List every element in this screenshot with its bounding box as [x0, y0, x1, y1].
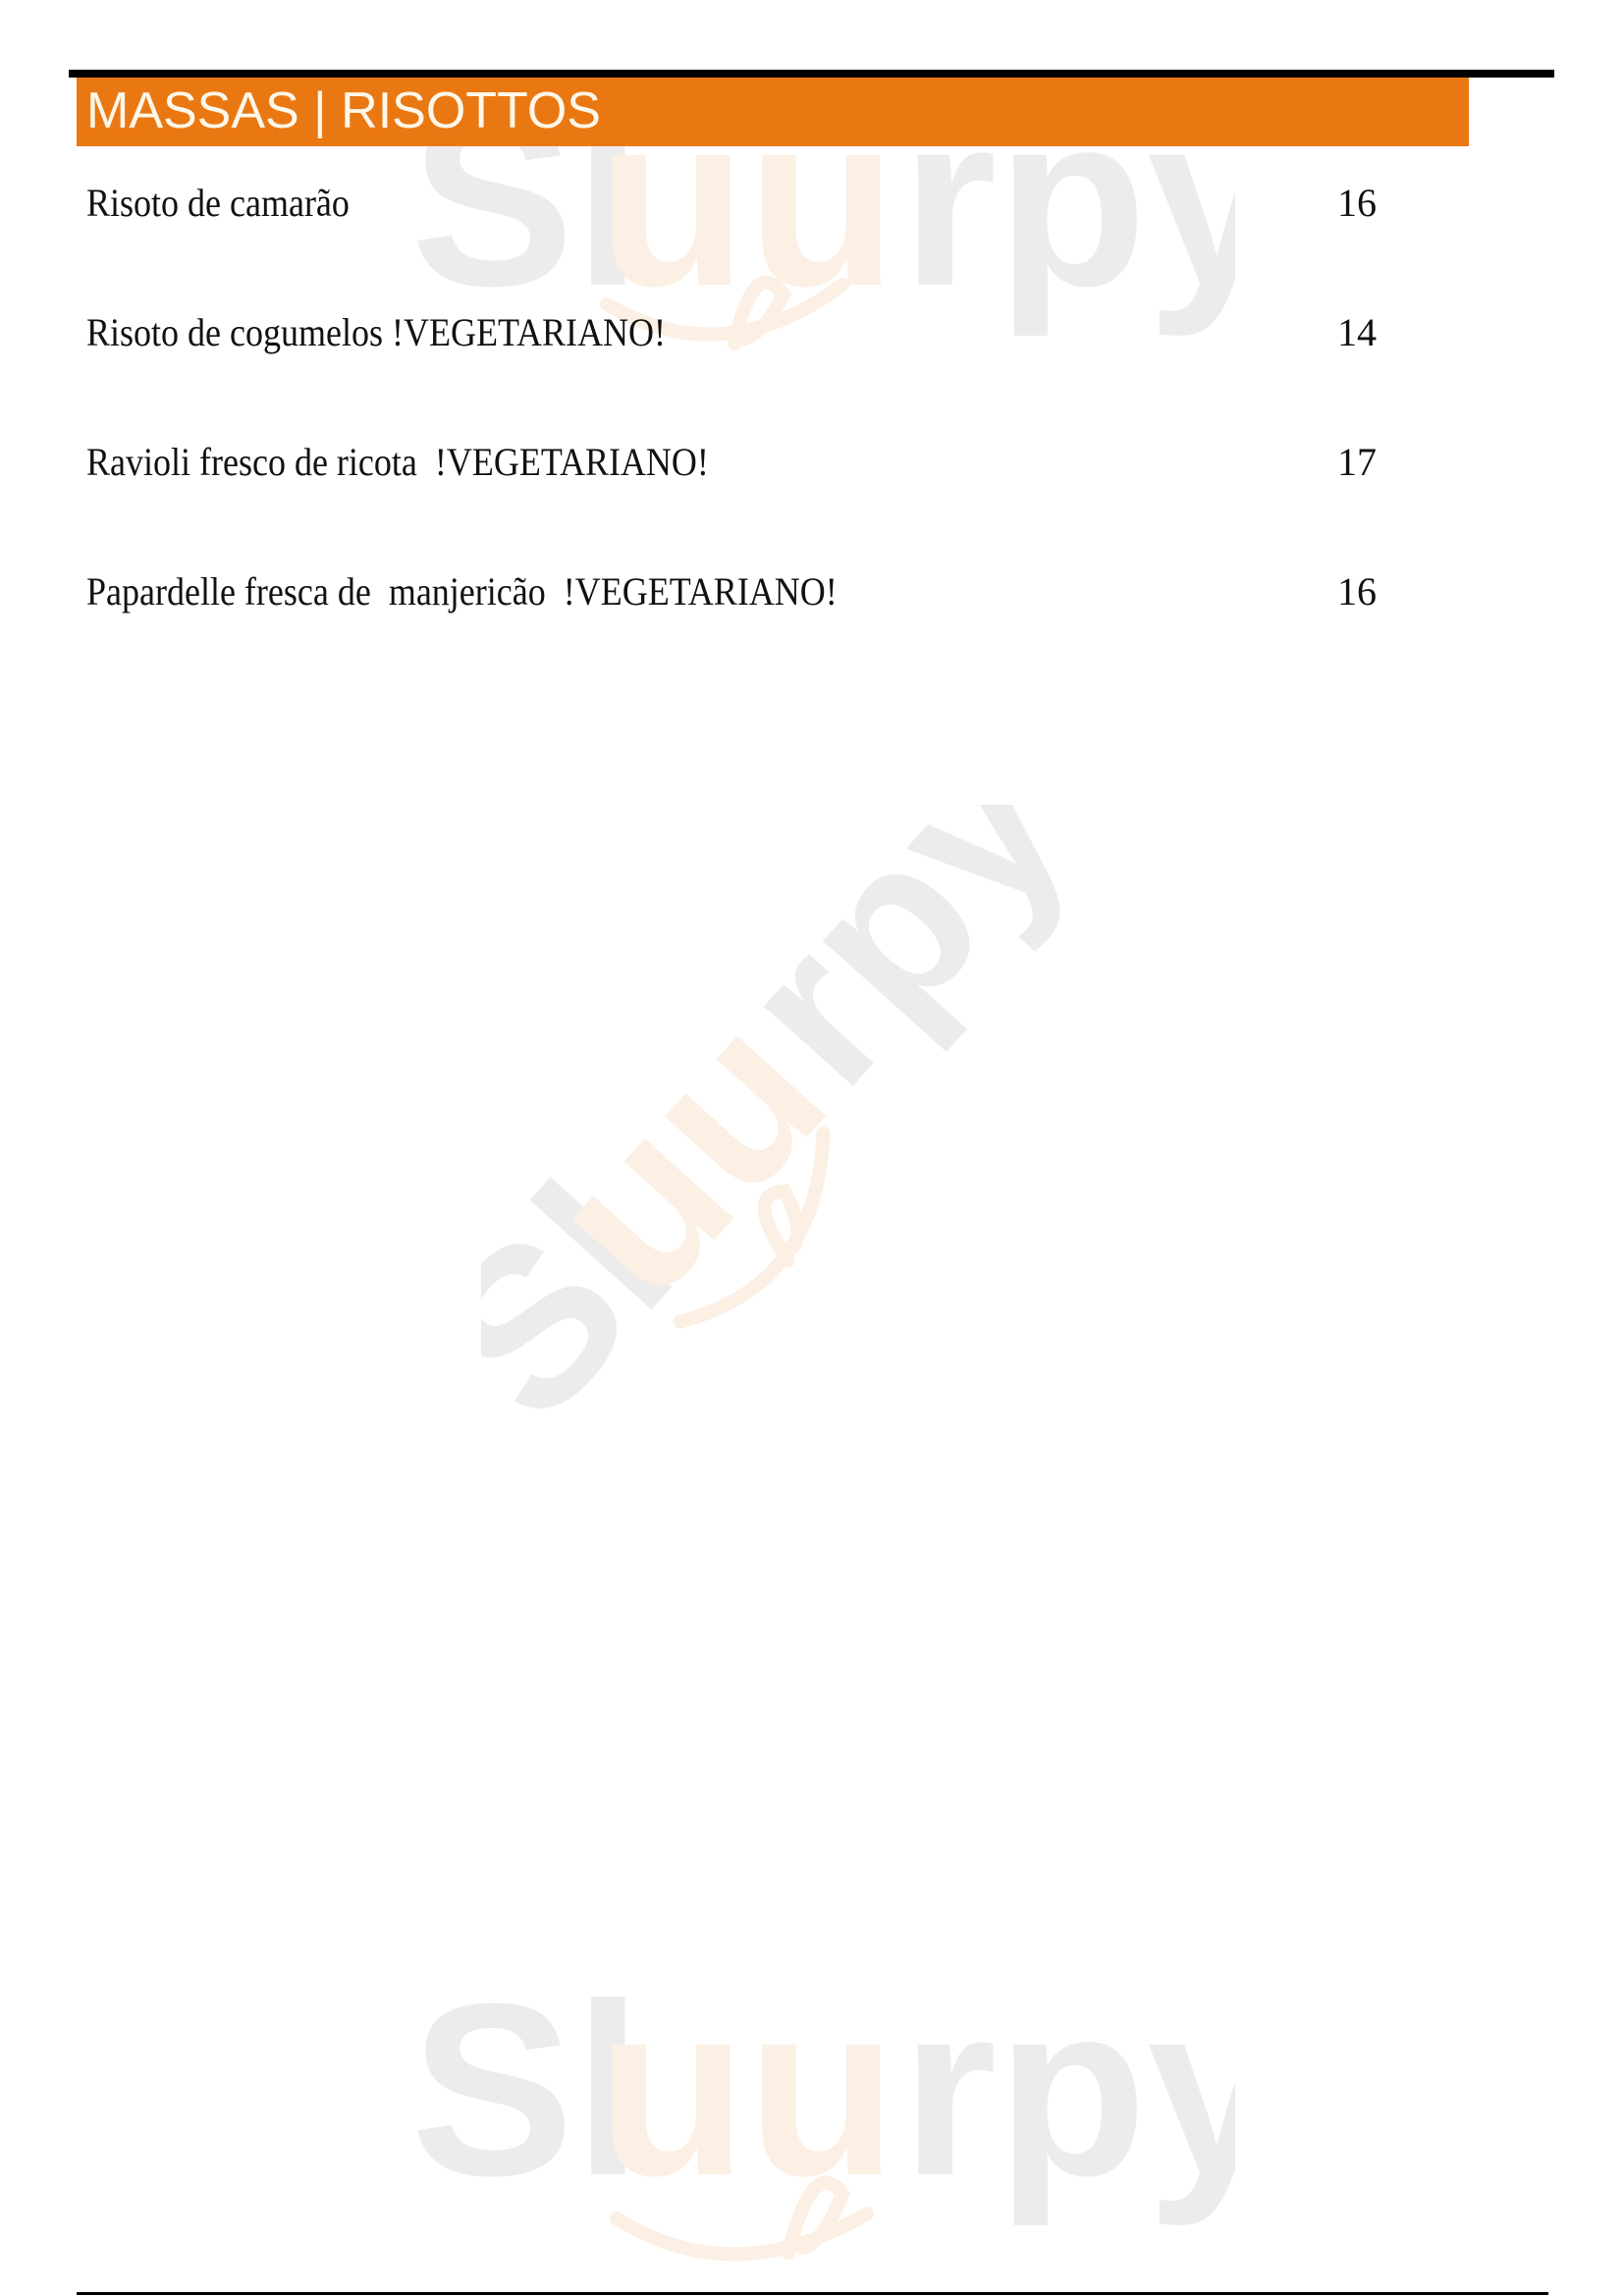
bottom-divider: [77, 2292, 1548, 2295]
menu-item: Ravioli fresco de ricota !VEGETARIANO! 1…: [0, 440, 1624, 489]
menu-item-price: 16: [1337, 569, 1377, 614]
menu-item-price: 17: [1337, 440, 1377, 485]
menu-item: Risoto de cogumelos !VEGETARIANO! 14: [0, 310, 1624, 359]
svg-text:uu: uu: [500, 968, 872, 1342]
section-title: MASSAS | RISOTTOS: [86, 81, 601, 140]
svg-text:rpy: rpy: [901, 1968, 1235, 2226]
menu-item-name: Ravioli fresco de ricota !VEGETARIANO!: [86, 440, 709, 485]
menu-item: Papardelle fresca de manjericão !VEGETAR…: [0, 569, 1624, 618]
menu-item-price: 16: [1337, 181, 1377, 226]
menu-item-name: Papardelle fresca de manjericão !VEGETAR…: [86, 569, 838, 614]
section-header: MASSAS | RISOTTOS: [77, 78, 1469, 146]
menu-item-price: 14: [1337, 310, 1377, 355]
top-divider: [69, 70, 1554, 78]
menu-item-name: Risoto de cogumelos !VEGETARIANO!: [86, 310, 666, 355]
svg-text:uu: uu: [597, 1968, 896, 2226]
sluurpy-watermark-bottom: Sl uu rpy: [410, 1968, 1235, 2263]
svg-text:Sl: Sl: [481, 1138, 719, 1465]
menu-item: Risoto de camarão 16: [0, 181, 1624, 230]
svg-text:rpy: rpy: [690, 805, 1112, 1130]
menu-item-name: Risoto de camarão: [86, 181, 350, 226]
sluurpy-watermark-middle: Sl uu rpy: [481, 805, 1168, 1492]
svg-text:Sl: Sl: [410, 1968, 642, 2226]
